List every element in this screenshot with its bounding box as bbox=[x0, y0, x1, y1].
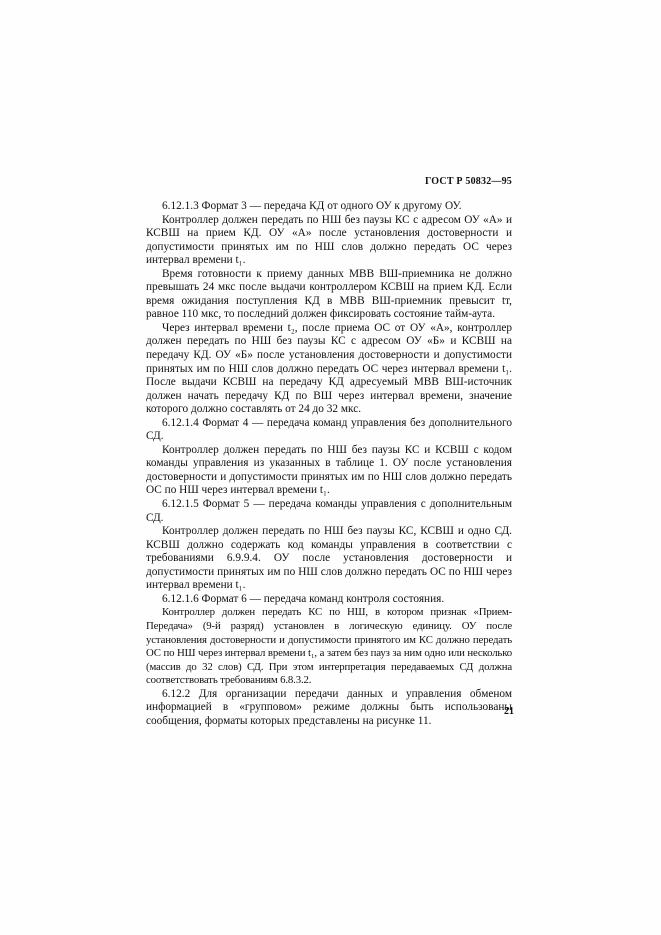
section-6-12-1-5-paragraph-1: Контроллер должен передать по НШ без пау… bbox=[146, 525, 512, 593]
section-6-12-1-5-title: 6.12.1.5 Формат 5 — передача команды упр… bbox=[146, 498, 512, 525]
section-6-12-1-3-paragraph-2: Время готовности к приему данных МВВ ВШ-… bbox=[146, 268, 512, 322]
standard-header: ГОСТ Р 50832—95 bbox=[410, 176, 512, 187]
section-6-12-1-3-title: 6.12.1.3 Формат 3 — передача КД от одног… bbox=[146, 200, 512, 214]
section-6-12-1-4-paragraph-1: Контроллер должен передать по НШ без пау… bbox=[146, 444, 512, 498]
section-6-12-1-3-paragraph-3: Через интервал времени t₂, после приема … bbox=[146, 322, 512, 417]
page-number: 21 bbox=[498, 706, 514, 717]
document-page: ГОСТ Р 50832—95 6.12.1.3 Формат 3 — пере… bbox=[0, 0, 661, 935]
section-6-12-1-6-title: 6.12.1.6 Формат 6 — передача команд конт… bbox=[146, 593, 512, 607]
section-6-12-1-6-paragraph-1: Контроллер должен передать КС по НШ, в к… bbox=[146, 606, 512, 687]
body-text: 6.12.1.3 Формат 3 — передача КД от одног… bbox=[146, 200, 512, 728]
section-6-12-1-4-title: 6.12.1.4 Формат 4 — передача команд упра… bbox=[146, 417, 512, 444]
section-6-12-2-paragraph: 6.12.2 Для организации передачи данных и… bbox=[146, 688, 512, 729]
section-6-12-1-3-paragraph-1: Контроллер должен передать по НШ без пау… bbox=[146, 214, 512, 268]
